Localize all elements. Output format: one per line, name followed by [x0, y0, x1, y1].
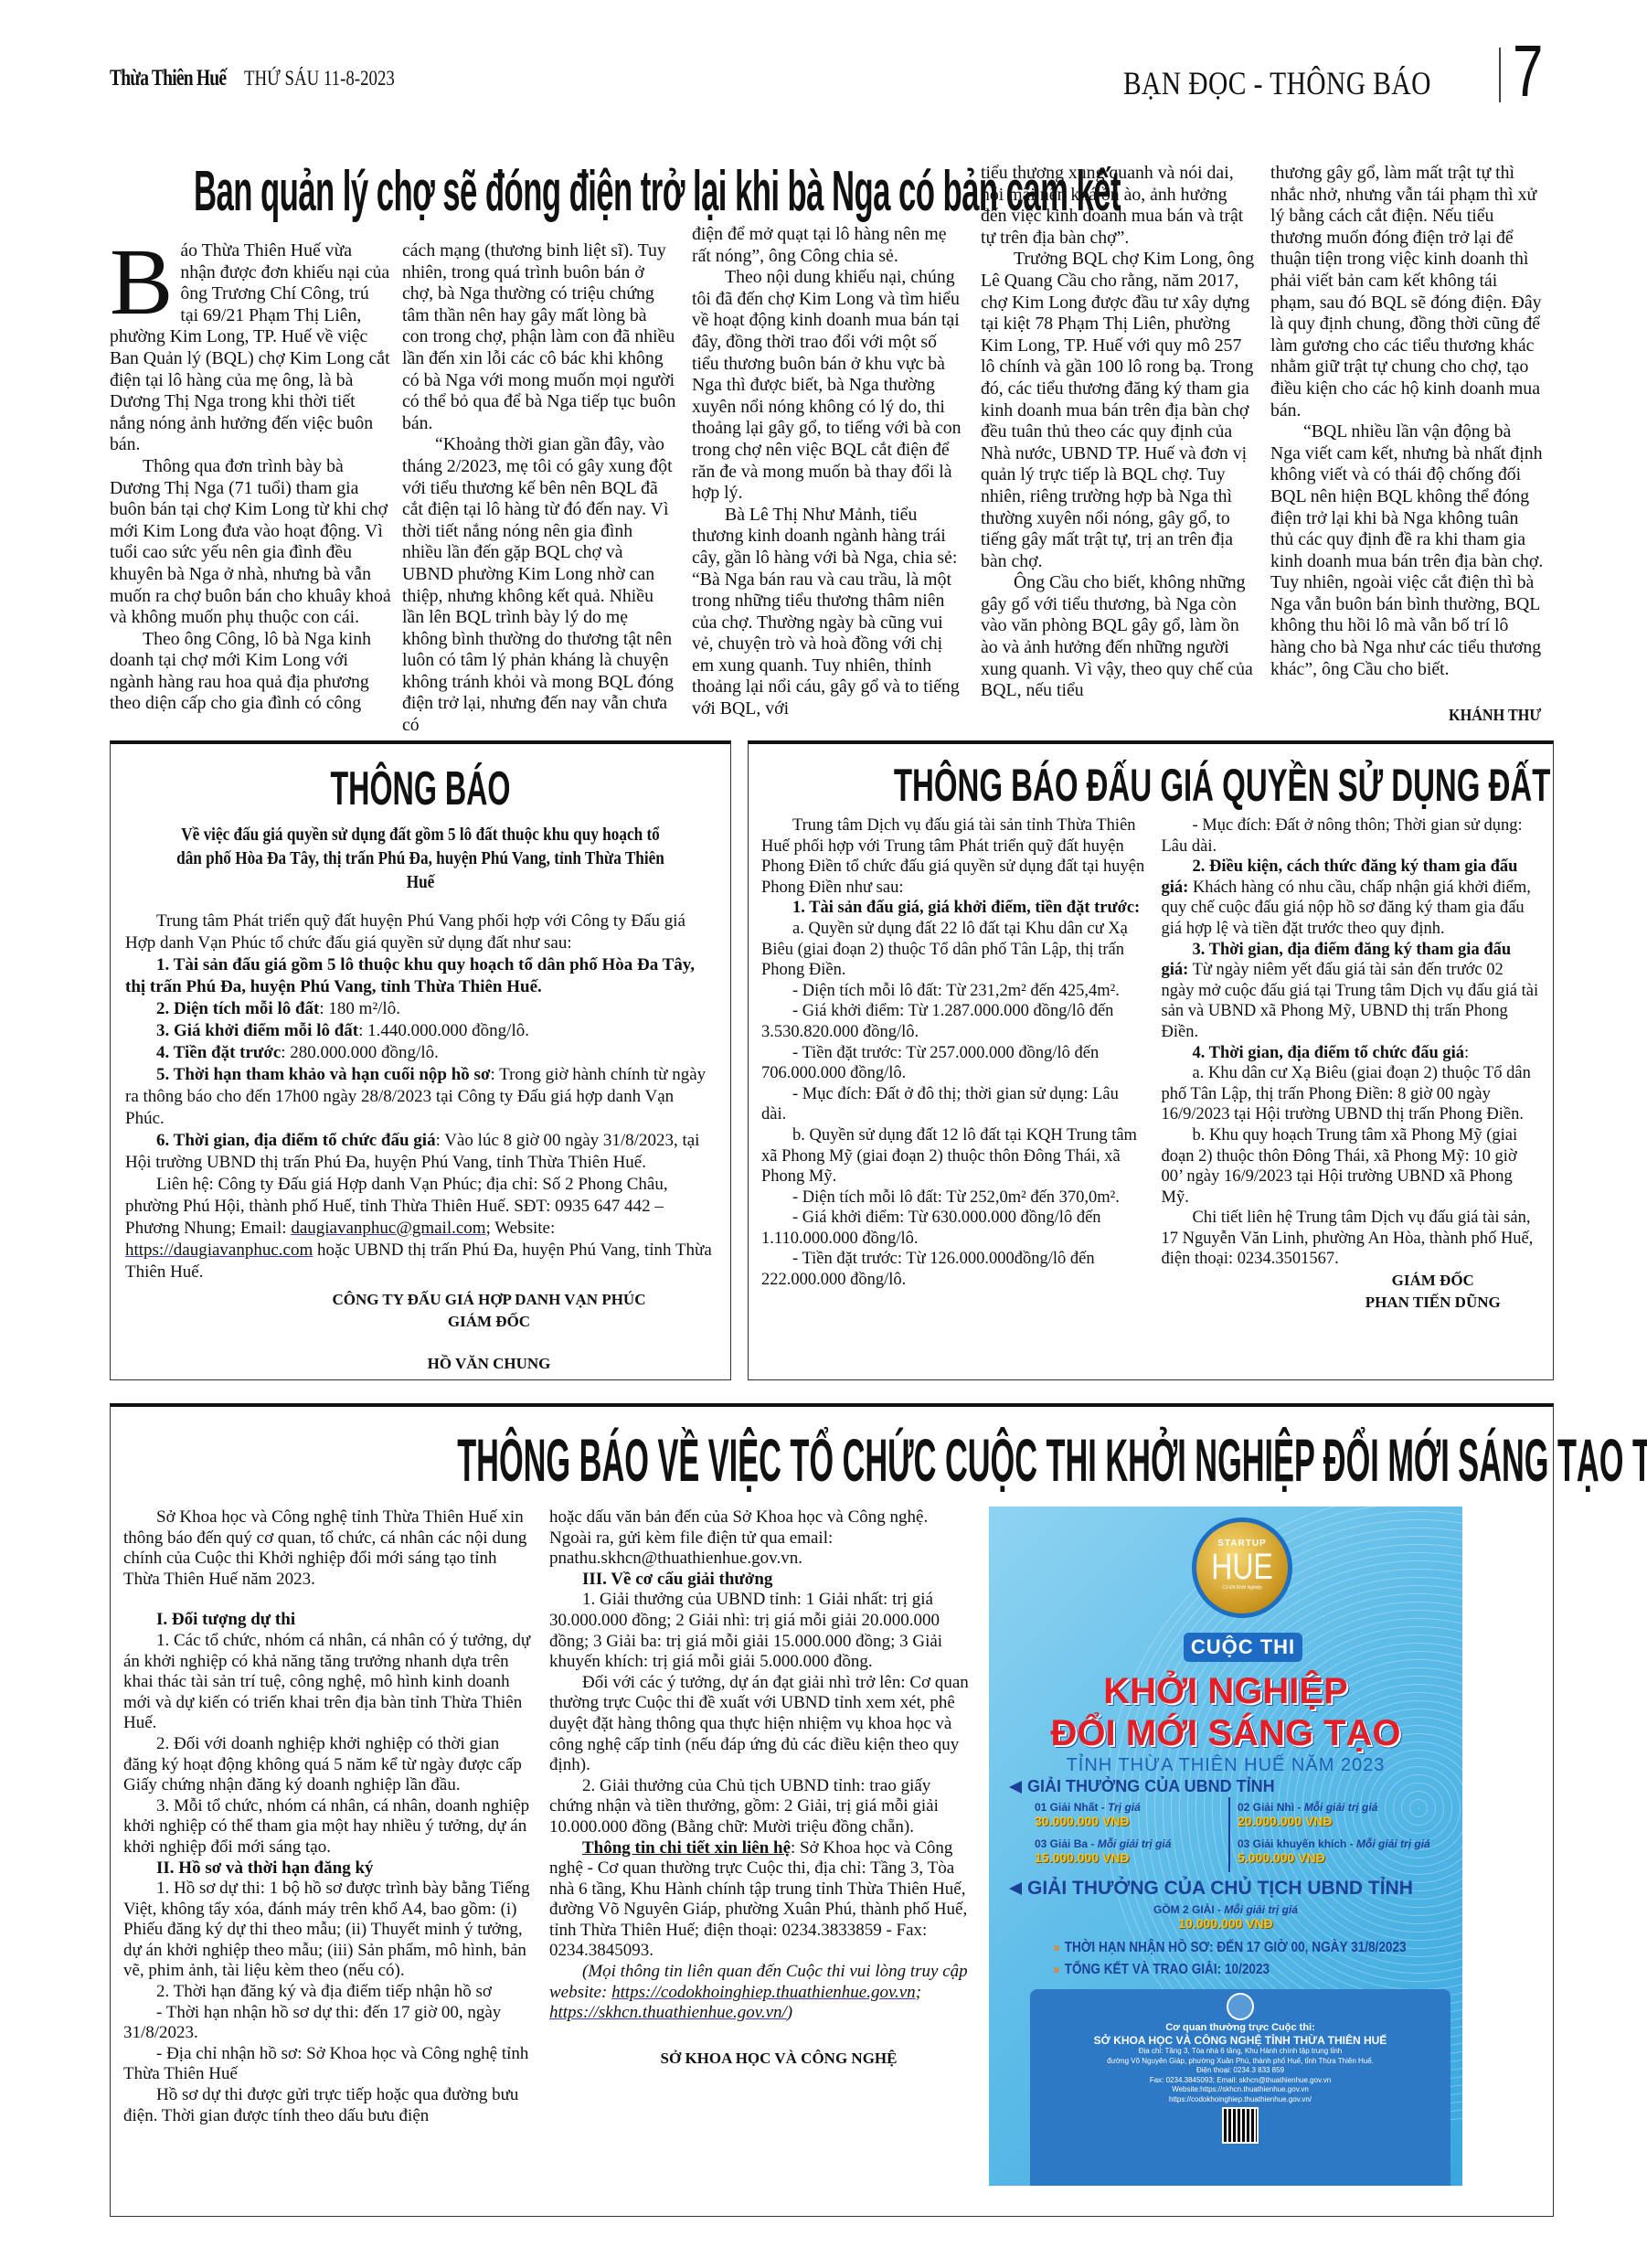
- contest-paragraph: 1. Các tổ chức, nhóm cá nhân, cá nhân có…: [123, 1631, 535, 1734]
- contest-website-link-1[interactable]: https://codokhoinghiep.thuathienhue.gov.…: [611, 1983, 916, 2002]
- article-paragraph: “BQL nhiều lần vận động bà Nga viết cam …: [1270, 421, 1545, 680]
- poster-footer-website: https://codokhoinghiep.thuathienhue.gov.…: [1030, 2095, 1450, 2105]
- article-paragraph: thương gây gổ, làm mất trật tự thì nhắc …: [1270, 163, 1545, 421]
- notice-paragraph: b. Khu quy hoạch Trung tâm xã Phong Mỹ (…: [1162, 1125, 1541, 1208]
- issue-date: THỨ SÁU 11-8-2023: [244, 67, 395, 91]
- article-paragraph: Theo ông Công, lô bà Nga kinh doanh tại …: [110, 629, 391, 715]
- signature-name: PHAN TIẾN DŨNG: [1326, 1292, 1541, 1314]
- page-number: 7: [1513, 35, 1543, 108]
- contest-website-note: (Mọi thông tin liên quan đến Cuộc thi vu…: [549, 1962, 972, 2024]
- poster-prize: 03 Giải Ba - Mỗi giải trị giá15.000.000 …: [1035, 1837, 1171, 1865]
- notice-paragraph: - Giá khởi điểm: Từ 1.287.000.000 đồng/l…: [761, 1001, 1145, 1042]
- poster-footer-address: đường Võ Nguyên Giáp, phường Xuân Phú, t…: [1030, 2057, 1450, 2067]
- contest-paragraph: 2. Thời hạn đăng ký và địa điểm tiếp nhậ…: [123, 1982, 535, 2003]
- notice-paragraph: - Diện tích mỗi lô đất: Từ 252,0m² đến 3…: [761, 1187, 1145, 1209]
- poster-section-provincial-prizes: GIẢI THƯỞNG CỦA UBND TỈNH: [1009, 1777, 1275, 1796]
- poster-footer-website: Website:https://skhcn.thuathienhue.gov.v…: [1030, 2085, 1450, 2095]
- contest-paragraph: 1. Hồ sơ dự thi: 1 bộ hồ sơ được trình b…: [123, 1879, 535, 1982]
- contest-paragraph: hoặc dấu văn bản đến của Sở Khoa học và …: [549, 1507, 972, 1570]
- poster-footer-phone: Điện thoại: 0234.3 833 859: [1030, 2066, 1450, 2076]
- notice-paragraph: 3. Thời gian, địa điểm đăng ký tham gia …: [1162, 940, 1541, 1043]
- article-paragraph: Báo Thừa Thiên Huế vừa nhận được đơn khi…: [110, 240, 391, 456]
- article-column-4: tiểu thương xung quanh và nói dai, nói m…: [981, 163, 1255, 702]
- notice-item-6: 6. Thời gian, địa điểm tổ chức đấu giá: …: [125, 1130, 716, 1174]
- poster-awards-date: »TỔNG KẾT VÀ TRAO GIẢI: 10/2023: [1053, 1962, 1270, 1978]
- arrow-icon: [1009, 1781, 1022, 1794]
- poster-footer-address: Địa chỉ: Tầng 3, Tòa nhà 6 tầng, Khu Hàn…: [1030, 2047, 1450, 2057]
- notice-item-4: 4. Tiền đặt trước: 280.000.000 đồng/lô.: [125, 1042, 716, 1064]
- poster-title-line-1: KHỞI NGHIỆP: [989, 1671, 1462, 1711]
- article-paragraph: Trưởng BQL chợ Kim Long, ông Lê Quang Cầ…: [981, 249, 1255, 572]
- signature-role: GIÁM ĐỐC: [1326, 1270, 1541, 1292]
- poster-deadline: »THỜI HẠN NHẬN HỒ SƠ: ĐẾN 17 GIỜ 00, NGÀ…: [1053, 1940, 1407, 1956]
- notice-box-phong-dien: THÔNG BÁO ĐẤU GIÁ QUYỀN SỬ DỤNG ĐẤT Trun…: [748, 740, 1554, 1380]
- poster-prize: 01 Giải Nhất - Trị giá30.000.000 VNĐ: [1035, 1801, 1141, 1828]
- notice-column-1: Trung tâm Dịch vụ đấu giá tài sản tỉnh T…: [761, 815, 1145, 1314]
- contest-contact: Thông tin chi tiết xin liên hệ: Sở Khoa …: [549, 1838, 972, 1963]
- article-column-1: Báo Thừa Thiên Huế vừa nhận được đơn khi…: [110, 240, 391, 715]
- contest-paragraph: 2. Giải thưởng của Chủ tịch UBND tỉnh: t…: [549, 1776, 972, 1838]
- notice-paragraph: a. Khu dân cư Xạ Biêu (giai đoạn 2) thuộ…: [1162, 1063, 1541, 1125]
- contest-paragraph: - Địa chỉ nhận hồ sơ: Sở Khoa học và Côn…: [123, 2044, 535, 2085]
- notice-item-1: 1. Tài sản đấu giá gồm 5 lô thuộc khu qu…: [125, 954, 716, 998]
- article-column-3: điện để mở quạt tại lô hàng nên mẹ rất n…: [692, 224, 966, 720]
- website-link[interactable]: https://daugiavanphuc.com: [125, 1240, 313, 1260]
- notice-paragraph: - Tiền đặt trước: Từ 126.000.000đồng/lô …: [761, 1249, 1145, 1290]
- dropcap: B: [110, 246, 173, 319]
- signature-name: HỒ VĂN CHUNG: [262, 1353, 716, 1375]
- poster-title-line-2: ĐỔI MỚI SÁNG TẠO: [989, 1713, 1462, 1753]
- notice-intro: Trung tâm Phát triển quỹ đất huyện Phú V…: [125, 910, 716, 954]
- notice-paragraph: a. Quyền sử dụng đất 22 lô đất tại Khu d…: [761, 919, 1145, 981]
- article-paragraph: “Khoảng thời gian gần đây, vào tháng 2/2…: [402, 434, 676, 736]
- poster-subtitle: TỈNH THỪA THIÊN HUẾ NĂM 2023: [989, 1755, 1462, 1776]
- contest-paragraph: 3. Mỗi tổ chức, nhóm cá nhân, cá nhân, d…: [123, 1796, 535, 1858]
- email-link[interactable]: daugiavanphuc@gmail.com: [291, 1219, 485, 1238]
- poster-prize-divider: [1228, 1797, 1230, 1872]
- article-headline: Ban quản lý chợ sẽ đóng điện trở lại khi…: [194, 163, 629, 221]
- contest-poster: STARTUP HUE Cố Đô Khởi Nghiệp CUỘC THI K…: [989, 1507, 1462, 2186]
- section-title: BẠN ĐỌC - THÔNG BÁO: [1123, 64, 1431, 102]
- contest-column-2: hoặc dấu văn bản đến của Sở Khoa học và …: [549, 1507, 972, 2070]
- poster-prize: 03 Giải khuyến khích - Mỗi giải trị giá5…: [1238, 1837, 1430, 1865]
- poster-footer-label: Cơ quan thường trực Cuộc thi:: [1030, 2022, 1450, 2034]
- notice-paragraph: - Mục đích: Đất ở đô thị; thời gian sử d…: [761, 1084, 1145, 1125]
- notice-paragraph: Chi tiết liên hệ Trung tâm Dịch vụ đấu g…: [1162, 1208, 1541, 1270]
- notice-paragraph: b. Quyền sử dụng đất 12 lô đất tại KQH T…: [761, 1125, 1145, 1187]
- poster-prize: 02 Giải Nhì - Mỗi giải trị giá20.000.000…: [1238, 1801, 1377, 1828]
- contest-section-heading: I. Đối tượng dự thi: [123, 1610, 535, 1631]
- poster-footer: Cơ quan thường trực Cuộc thi: SỞ KHOA HỌ…: [1030, 1989, 1450, 2186]
- notice-paragraph: 1. Tài sản đấu giá, giá khởi điểm, tiền …: [761, 898, 1145, 919]
- startup-hue-medal-logo: STARTUP HUE Cố Đô Khởi Nghiệp: [1192, 1517, 1292, 1618]
- article-paragraph: điện để mở quạt tại lô hàng nên mẹ rất n…: [692, 224, 966, 267]
- notice-subtitle: Về việc đấu giá quyền sử dụng đất gồm 5 …: [166, 823, 675, 894]
- qr-code-icon[interactable]: [1222, 2107, 1259, 2144]
- masthead: Thừa Thiên Huế THỨ SÁU 11-8-2023: [110, 66, 428, 91]
- contest-title: THÔNG BÁO VỀ VIỆC TỔ CHỨC CUỘC THI KHỞI …: [457, 1425, 1208, 1495]
- double-chevron-icon: »: [1053, 1940, 1060, 1955]
- notice-title: THÔNG BÁO ĐẤU GIÁ QUYỀN SỬ DỤNG ĐẤT: [894, 757, 1408, 814]
- notice-column-2: - Mục đích: Đất ở nông thôn; Thời gian s…: [1162, 815, 1541, 1314]
- paper-name: Thừa Thiên Huế: [110, 66, 226, 91]
- contest-paragraph: Sở Khoa học và Công nghệ tỉnh Thừa Thiên…: [123, 1507, 535, 1590]
- contest-paragraph: Đối với các ý tưởng, dự án đạt giải nhì …: [549, 1673, 972, 1776]
- department-logo-icon: [1227, 1993, 1254, 2020]
- poster-chairman-prize: GỒM 2 GIẢI - Mỗi giải trị giá10.000.000 …: [989, 1903, 1462, 1931]
- arrow-icon: [1009, 1882, 1022, 1895]
- article-paragraph: Bà Lê Thị Như Mảnh, tiểu thương kinh doa…: [692, 505, 966, 720]
- notice-item-3: 3. Giá khởi điểm mỗi lô đất: 1.440.000.0…: [125, 1020, 716, 1042]
- poster-pill-label: CUỘC THI: [1184, 1633, 1302, 1662]
- contest-website-link-2[interactable]: https://skhcn.thuathienhue.gov.vn/: [549, 2003, 787, 2022]
- contest-column-1: Sở Khoa học và Công nghệ tỉnh Thừa Thiên…: [123, 1507, 535, 2126]
- notice-paragraph: - Giá khởi điểm: Từ 630.000.000 đồng/lô …: [761, 1208, 1145, 1249]
- poster-footer-org: SỞ KHOA HỌC VÀ CÔNG NGHỆ TỈNH THỪA THIÊN…: [1030, 2034, 1450, 2047]
- notice-contact: Liên hệ: Công ty Đấu giá Hợp danh Vạn Ph…: [125, 1174, 716, 1283]
- notice-item-5: 5. Thời hạn tham khảo và hạn cuối nộp hồ…: [125, 1064, 716, 1130]
- notice-signature: CÔNG TY ĐẤU GIÁ HỢP DANH VẠN PHÚC GIÁM Đ…: [262, 1289, 716, 1375]
- article-paragraph: Ông Cầu cho biết, không những gây gổ với…: [981, 572, 1255, 702]
- contest-signature: SỞ KHOA HỌC VÀ CÔNG NGHỆ: [586, 2048, 972, 2070]
- article-paragraph: cách mạng (thương binh liệt sĩ). Tuy nhi…: [402, 240, 676, 434]
- notice-paragraph: Trung tâm Dịch vụ đấu giá tài sản tỉnh T…: [761, 815, 1145, 898]
- contest-section-heading: II. Hồ sơ và thời hạn đăng ký: [123, 1858, 535, 1879]
- contest-paragraph: Hồ sơ dự thi được gửi trực tiếp hoặc qua…: [123, 2085, 535, 2126]
- signature-org: CÔNG TY ĐẤU GIÁ HỢP DANH VẠN PHÚC: [262, 1289, 716, 1311]
- article-column-5: thương gây gổ, làm mất trật tự thì nhắc …: [1270, 163, 1545, 680]
- header-divider: [1499, 48, 1501, 102]
- notice-item-2: 2. Diện tích mỗi lô đất: 180 m²/lô.: [125, 998, 716, 1020]
- notice-paragraph: - Mục đích: Đất ở nông thôn; Thời gian s…: [1162, 815, 1541, 857]
- poster-section-chairman-prize: GIẢI THƯỞNG CỦA CHỦ TỊCH UBND TỈNH: [1009, 1878, 1413, 1900]
- double-chevron-icon: »: [1053, 1962, 1060, 1977]
- article-byline: KHÁNH THƯ: [1449, 706, 1541, 725]
- contest-paragraph: 2. Đối với doanh nghiệp khởi nghiệp có t…: [123, 1734, 535, 1796]
- notice-title: THÔNG BÁO: [238, 761, 604, 817]
- notice-paragraph: - Diện tích mỗi lô đất: Từ 231,2m² đến 4…: [761, 981, 1145, 1002]
- article-paragraph: Thông qua đơn trình bày bà Dương Thị Nga…: [110, 456, 391, 629]
- notice-paragraph: 2. Điều kiện, cách thức đăng ký tham gia…: [1162, 857, 1541, 939]
- article-column-2: cách mạng (thương binh liệt sĩ). Tuy nhi…: [402, 240, 676, 737]
- signature-role: GIÁM ĐỐC: [262, 1311, 716, 1333]
- article-paragraph: tiểu thương xung quanh và nói dai, nói m…: [981, 163, 1255, 249]
- notice-paragraph: 4. Thời gian, địa điểm tổ chức đấu giá:: [1162, 1043, 1541, 1064]
- poster-footer-fax: Fax: 0234.3845093; Email: skhcn@thuathie…: [1030, 2076, 1450, 2086]
- contest-paragraph: - Thời hạn nhận hồ sơ dự thi: đến 17 giờ…: [123, 2003, 535, 2044]
- contest-paragraph: 1. Giải thưởng của UBND tỉnh: 1 Giải nhấ…: [549, 1590, 972, 1672]
- notice-signature: GIÁM ĐỐCPHAN TIẾN DŨNG: [1326, 1270, 1541, 1314]
- article-paragraph: Theo nội dung khiếu nại, chúng tôi đã đế…: [692, 267, 966, 505]
- spacer: [123, 1590, 535, 1610]
- notice-box-phu-vang: THÔNG BÁO Về việc đấu giá quyền sử dụng …: [110, 740, 731, 1380]
- notice-paragraph: - Tiền đặt trước: Từ 257.000.000 đồng/lô…: [761, 1043, 1145, 1084]
- contest-section-heading: III. Về cơ cấu giải thưởng: [549, 1570, 972, 1591]
